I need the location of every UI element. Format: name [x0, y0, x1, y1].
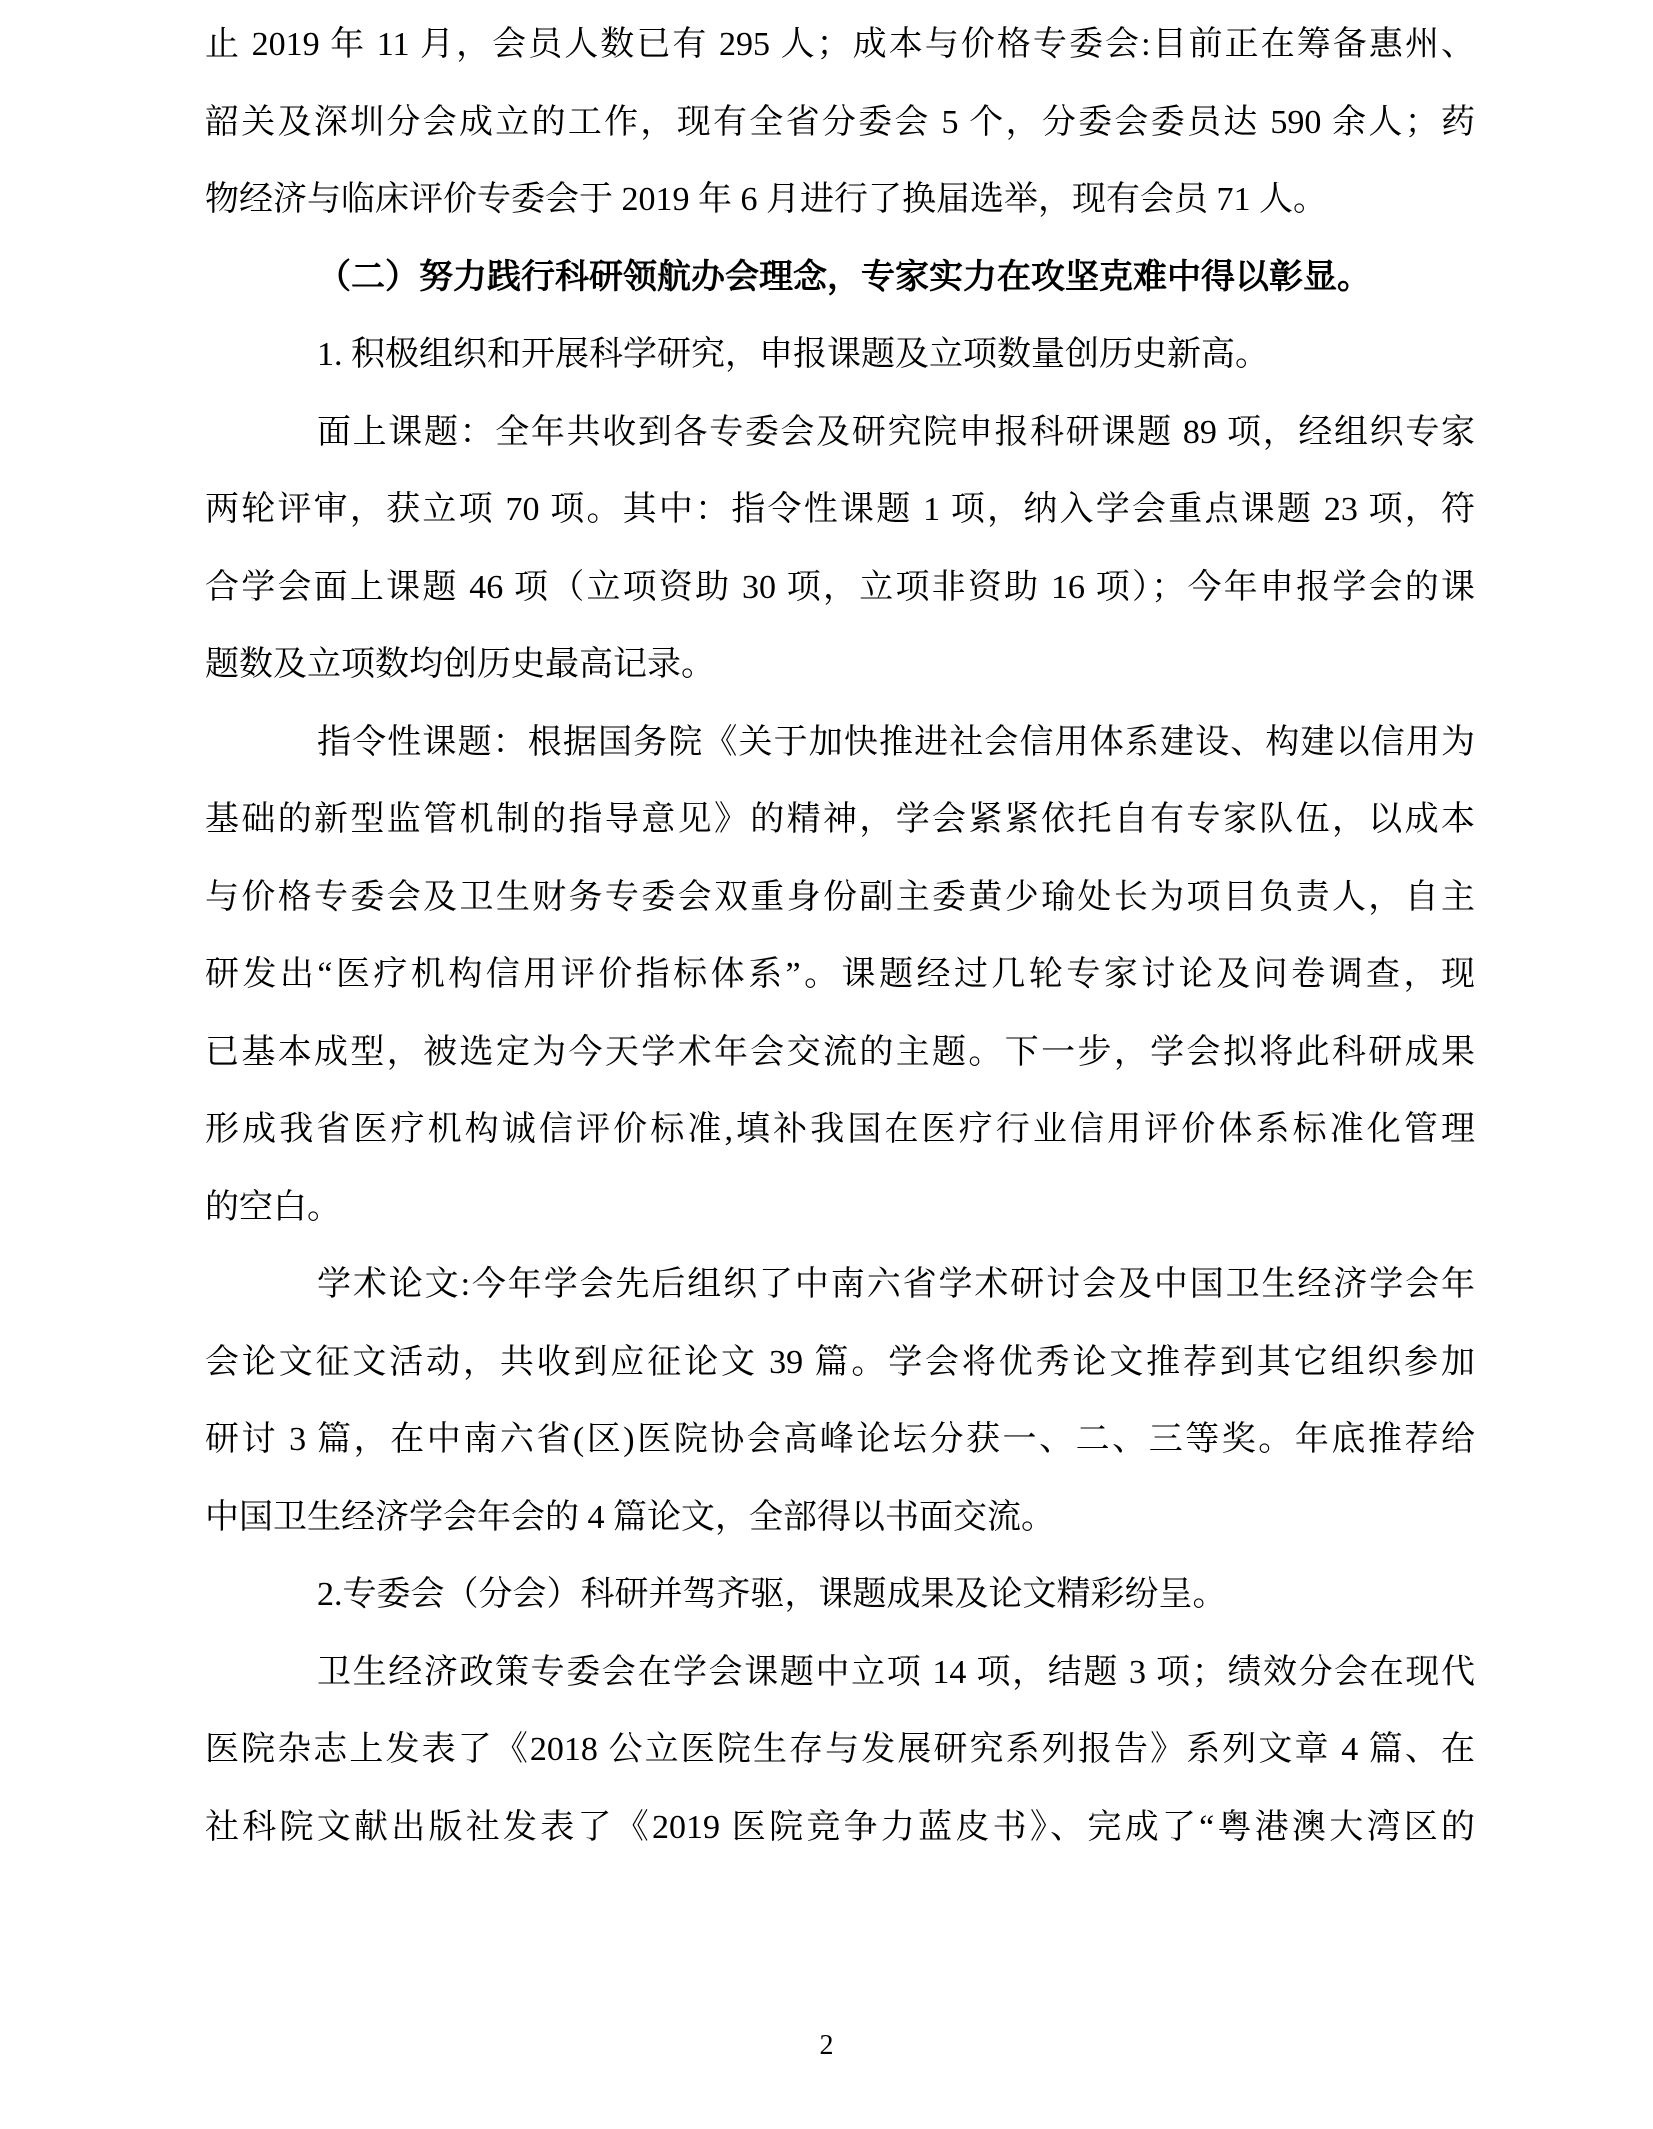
text-line: 卫生经济政策专委会在学会课题中立项 14 项，结题 3 项；绩效分会在现代 — [205, 1634, 1475, 1712]
document-page: 止 2019 年 11 月，会员人数已有 295 人；成本与价格专委会:目前正在… — [0, 0, 1653, 2129]
text-line: 已基本成型，被选定为今天学术年会交流的主题。下一步，学会拟将此科研成果 — [205, 1014, 1475, 1092]
page-number: 2 — [0, 2016, 1653, 2076]
text-line: 医院杂志上发表了《2018 公立医院生存与发展研究系列报告》系列文章 4 篇、在 — [205, 1711, 1475, 1789]
text-line: 指令性课题：根据国务院《关于加快推进社会信用体系建设、构建以信用为 — [205, 704, 1475, 782]
document-body: 止 2019 年 11 月，会员人数已有 295 人；成本与价格专委会:目前正在… — [205, 6, 1475, 1866]
text-line: 止 2019 年 11 月，会员人数已有 295 人；成本与价格专委会:目前正在… — [205, 6, 1475, 84]
text-line: 题数及立项数均创历史最高记录。 — [205, 626, 1475, 704]
text-line: 研发出“医疗机构信用评价指标体系”。课题经过几轮专家讨论及问卷调查，现 — [205, 936, 1475, 1014]
text-line: 学术论文:今年学会先后组织了中南六省学术研讨会及中国卫生经济学会年 — [205, 1246, 1475, 1324]
section-heading: （二）努力践行科研领航办会理念，专家实力在攻坚克难中得以彰显。 — [205, 239, 1475, 317]
text-line: 形成我省医疗机构诚信评价标准,填补我国在医疗行业信用评价体系标准化管理 — [205, 1091, 1475, 1169]
text-line: 会论文征文活动，共收到应征论文 39 篇。学会将优秀论文推荐到其它组织参加 — [205, 1324, 1475, 1402]
text-line: 物经济与临床评价专委会于 2019 年 6 月进行了换届选举，现有会员 71 人… — [205, 161, 1475, 239]
text-line: 的空白。 — [205, 1169, 1475, 1247]
numbered-heading: 1. 积极组织和开展科学研究，申报课题及立项数量创历史新高。 — [205, 316, 1475, 394]
text-line: 与价格专委会及卫生财务专委会双重身份副主委黄少瑜处长为项目负责人，自主 — [205, 859, 1475, 937]
text-line: 社科院文献出版社发表了《2019 医院竞争力蓝皮书》、完成了“粤港澳大湾区的 — [205, 1789, 1475, 1867]
text-line: 基础的新型监管机制的指导意见》的精神，学会紧紧依托自有专家队伍，以成本 — [205, 781, 1475, 859]
text-line: 面上课题：全年共收到各专委会及研究院申报科研课题 89 项，经组织专家 — [205, 394, 1475, 472]
text-line: 两轮评审，获立项 70 项。其中：指令性课题 1 项，纳入学会重点课题 23 项… — [205, 471, 1475, 549]
numbered-heading: 2.专委会（分会）科研并驾齐驱，课题成果及论文精彩纷呈。 — [205, 1556, 1475, 1634]
text-line: 韶关及深圳分会成立的工作，现有全省分委会 5 个，分委会委员达 590 余人；药 — [205, 84, 1475, 162]
text-line: 合学会面上课题 46 项（立项资助 30 项，立项非资助 16 项）；今年申报学… — [205, 549, 1475, 627]
text-line: 研讨 3 篇，在中南六省(区)医院协会高峰论坛分获一、二、三等奖。年底推荐给 — [205, 1401, 1475, 1479]
text-line: 中国卫生经济学会年会的 4 篇论文，全部得以书面交流。 — [205, 1479, 1475, 1557]
